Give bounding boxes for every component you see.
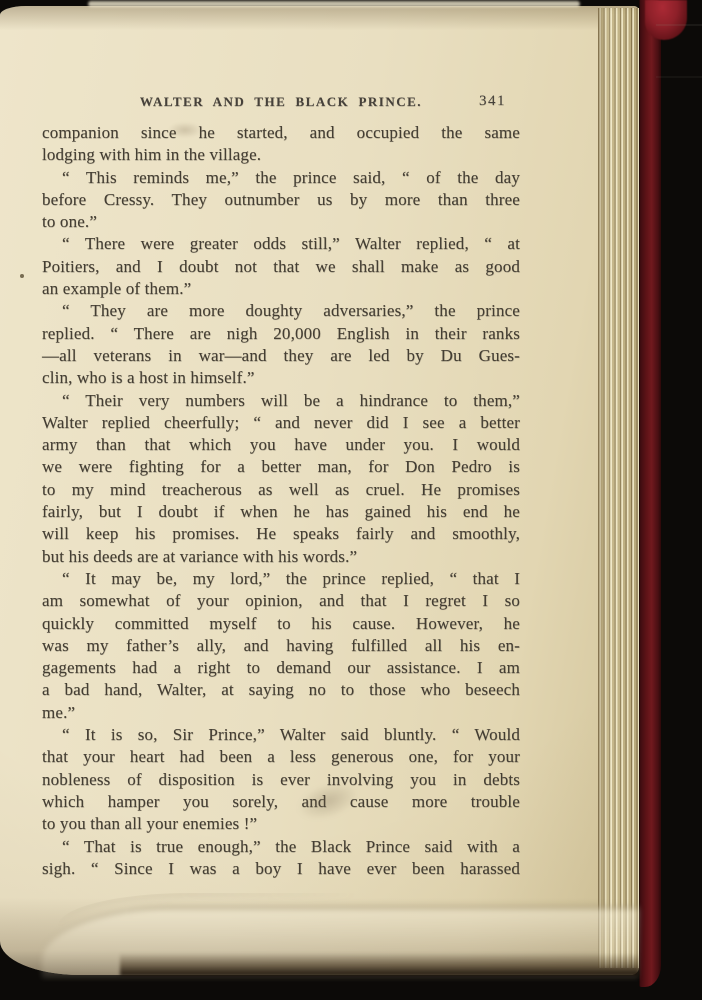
text-line: replied. “ There are nigh 20,000 English…	[42, 323, 520, 345]
fore-edge-page-stack	[598, 8, 639, 968]
headband-red-cloth	[645, 0, 687, 40]
text-line: a bad hand, Walter, at saying no to thos…	[42, 679, 520, 701]
text-line: “ It is so, Sir Prince,” Walter said blu…	[42, 724, 520, 746]
text-line: we were fighting for a better man, for D…	[42, 456, 520, 478]
text-line: to one.”	[42, 211, 520, 233]
text-line: “ They are more doughty adversaries,” th…	[42, 300, 520, 322]
text-line: “ It may be, my lord,” the prince replie…	[42, 568, 520, 590]
body-text: companion since he started, and occupied…	[42, 122, 520, 880]
text-line: army than that which you have under you.…	[42, 434, 520, 456]
text-line: “ That is true enough,” the Black Prince…	[42, 836, 520, 858]
paper-stain	[168, 122, 202, 138]
text-line: sigh. “ Since I was a boy I have ever be…	[42, 858, 520, 880]
text-line: am somewhat of your opinion, and that I …	[42, 590, 520, 612]
paper-speck	[20, 274, 24, 278]
text-line: to you than all your enemies !”	[42, 813, 520, 835]
text-line: nobleness of disposition is ever involvi…	[42, 769, 520, 791]
text-line: me.”	[42, 702, 520, 724]
top-page-edge-highlight	[88, 1, 580, 7]
book-page: WALTER AND THE BLACK PRINCE. 341 compani…	[0, 6, 639, 975]
text-line: lodging with him in the village.	[42, 144, 520, 166]
text-line: an example of them.”	[42, 278, 520, 300]
page-header: WALTER AND THE BLACK PRINCE. 341	[42, 94, 520, 114]
text-line: which hamper you sorely, and cause more …	[42, 791, 520, 813]
text-line: clin, who is a host in himself.”	[42, 367, 520, 389]
text-line: “ Their very numbers will be a hindrance…	[42, 390, 520, 412]
text-line: Walter replied cheerfully; “ and never d…	[42, 412, 520, 434]
text-line: gagements had a right to demand our assi…	[42, 657, 520, 679]
text-line: companion since he started, and occupied…	[42, 122, 520, 144]
text-line: to my mind treacherous as well as cruel.…	[42, 479, 520, 501]
text-line: was my father’s ally, and having fulfill…	[42, 635, 520, 657]
paper-smudge	[292, 775, 363, 827]
text-line: fairly, but I doubt if when he has gaine…	[42, 501, 520, 523]
book-photo: WALTER AND THE BLACK PRINCE. 341 compani…	[0, 0, 702, 1000]
running-title: WALTER AND THE BLACK PRINCE.	[42, 94, 520, 110]
page-number: 341	[479, 93, 506, 110]
bottom-shadow	[120, 953, 639, 976]
text-line: “ This reminds me,” the prince said, “ o…	[42, 167, 520, 189]
book-cover-edge	[639, 0, 661, 987]
text-line: will keep his promises. He speaks fairly…	[42, 523, 520, 545]
text-line: that your heart had been a less generous…	[42, 746, 520, 768]
text-line: before Cressy. They outnumber us by more…	[42, 189, 520, 211]
text-line: quickly committed myself to his cause. H…	[42, 613, 520, 635]
text-line: “ There were greater odds still,” Walter…	[42, 233, 520, 255]
text-line: Poitiers, and I doubt not that we shall …	[42, 256, 520, 278]
text-line: but his deeds are at variance with his w…	[42, 546, 520, 568]
text-line: —all veterans in war—and they are led by…	[42, 345, 520, 367]
